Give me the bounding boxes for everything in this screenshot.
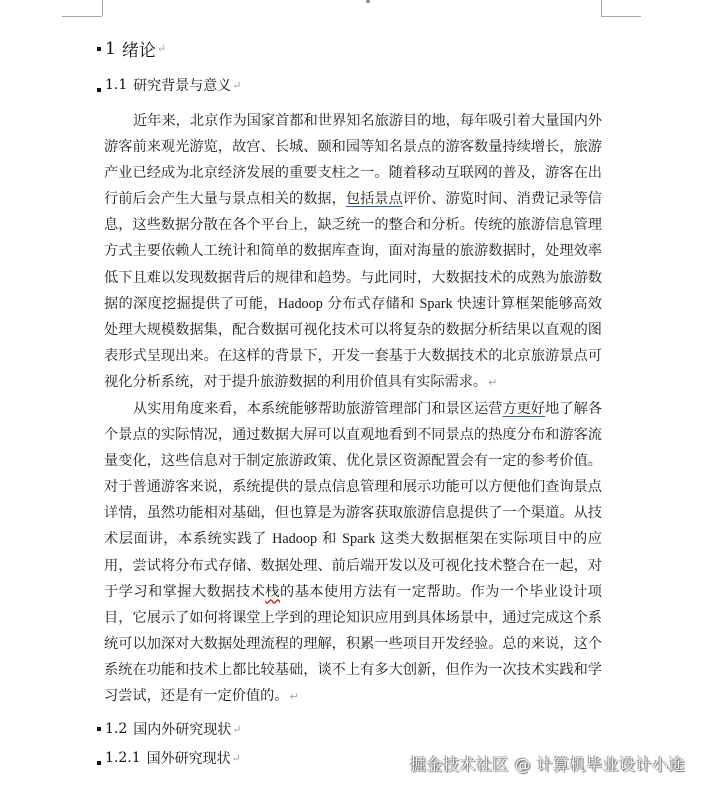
heading-number: 1.2 [105,721,127,737]
spellcheck-flagged-text[interactable]: 栈 [265,584,280,600]
heading-1[interactable]: 1 绪论 ↵ [97,36,166,61]
paragraph-mark-icon: ↵ [289,690,298,703]
text-run: 评价、游览时间、消费记录等信息，这些数据分散在各个平台上，缺乏统一的整合和分析。… [104,191,602,311]
heading-title: 国内外研究现状 [133,719,231,739]
outline-bullet-icon [97,727,101,731]
outline-bullet-icon [97,88,101,92]
text-run: 地了解各个景点的实际情况，通过数据大屏可以直观地看到不同景点的热度分布和游客流量… [104,401,602,547]
text-run-latin: Hadoop [278,296,323,312]
heading-1-1[interactable]: 1.1 研究背景与意义 ↵ [97,75,241,95]
heading-number: 1.2.1 [105,750,141,766]
heading-1-2[interactable]: 1.2 国内外研究现状 ↵ [97,719,241,739]
text-run-latin: Spark [419,296,452,312]
heading-number: 1.1 [105,77,127,93]
watermark: 掘金技术社区 @ 计算机毕业设计小途 [410,752,685,775]
grammar-flagged-text[interactable]: 包括景点 [346,191,403,207]
page-crop-mark-top-left-vertical [102,0,103,16]
header-anchor-mark [366,0,370,3]
heading-title: 国外研究现状 [147,748,231,768]
body-paragraph-2[interactable]: 从实用角度来看，本系统能够帮助旅游管理部门和景区运营方更好地了解各个景点的实际情… [104,396,602,710]
outline-bullet-icon [97,761,101,765]
paragraph-mark-icon: ↵ [232,752,241,765]
text-run: 从实用角度来看，本系统能够帮助旅游管理部门和景区运营 [133,401,503,417]
page-crop-mark-top-right-horizontal [601,16,641,17]
paragraph-mark-icon: ↵ [488,376,497,389]
grammar-flagged-text[interactable]: 方更好 [503,401,546,417]
body-paragraph-1[interactable]: 近年来，北京作为国家首都和世界知名旅游目的地，每年吸引着大量国内外游客前来观光游… [104,108,602,396]
heading-1-2-1[interactable]: 1.2.1 国外研究现状 ↵ [97,748,241,768]
paragraph-mark-icon: ↵ [232,723,241,736]
text-run-latin: Hadoop [272,531,317,547]
paragraph-mark-icon: ↵ [232,79,241,92]
text-run-latin: Spark [342,531,375,547]
paragraph-mark-icon: ↵ [157,42,166,55]
heading-title: 研究背景与意义 [133,75,231,95]
page-crop-mark-top-right-vertical [601,0,602,16]
text-run: 和 [317,531,342,547]
outline-bullet-icon [97,47,101,51]
page-crop-mark-top-left-horizontal [62,16,102,17]
heading-number: 1 [105,39,116,59]
text-run: 分布式存储和 [323,296,420,312]
heading-title: 绪论 [122,36,156,61]
text-run: 的基本使用方法有一定帮助。作为一个毕业设计项目，它展示了如何将课堂上学到的理论知… [104,584,602,704]
